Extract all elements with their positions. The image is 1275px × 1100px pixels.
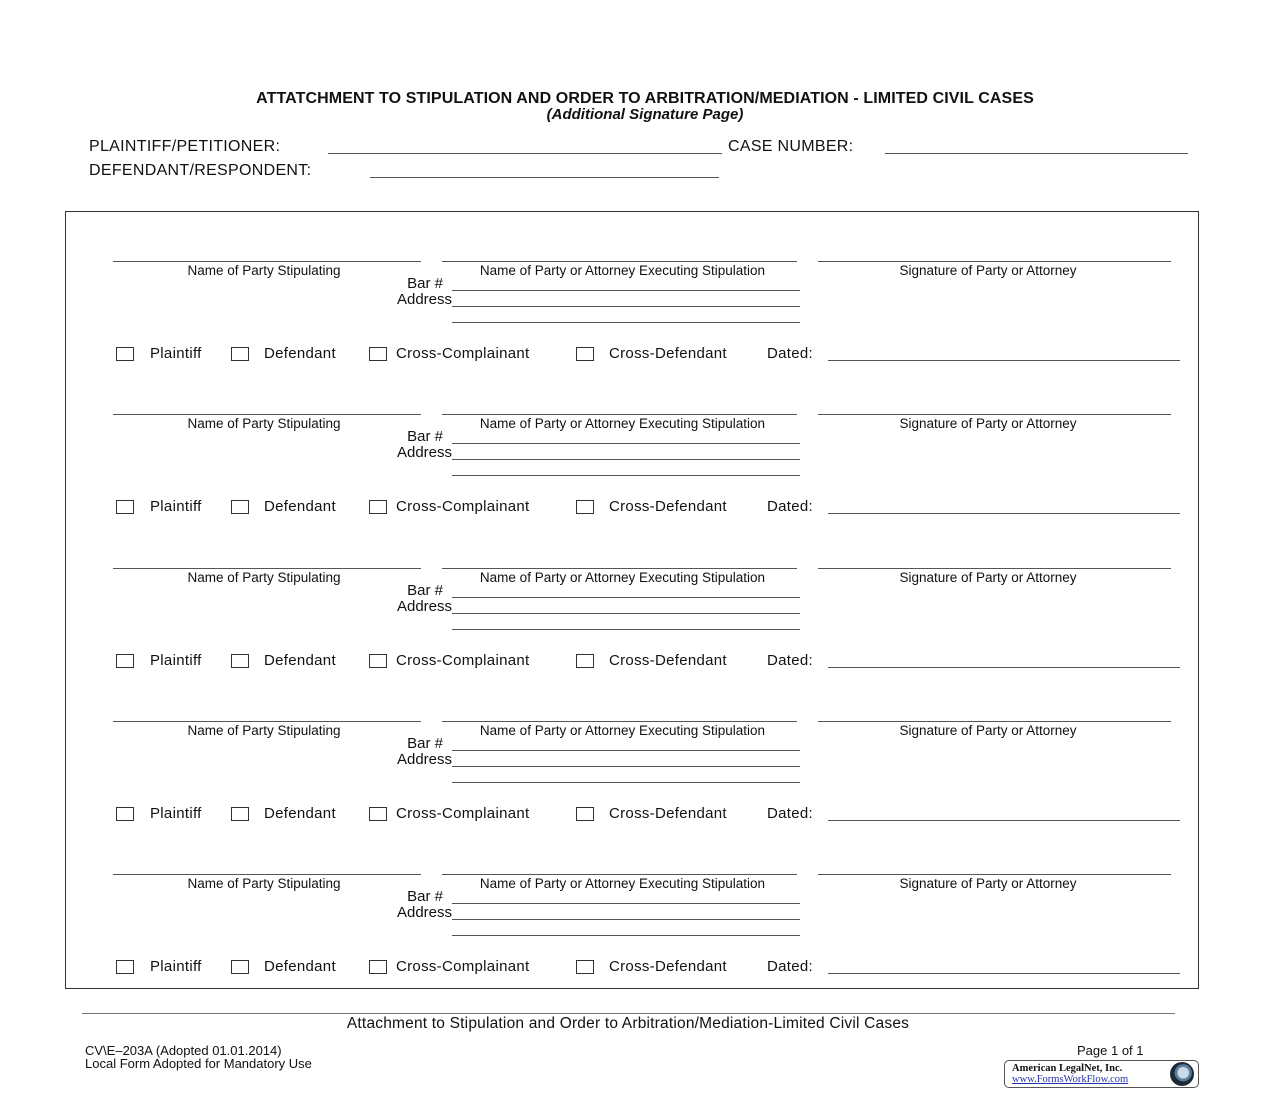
address-line2-field[interactable]: [452, 935, 800, 936]
attorney-name-field[interactable]: [442, 261, 797, 262]
bar-number-field[interactable]: [452, 290, 800, 291]
bar-number-field[interactable]: [452, 903, 800, 904]
address-line2-field[interactable]: [452, 629, 800, 630]
cross-complainant-label: Cross-Complainant: [396, 498, 529, 515]
cross-complainant-label: Cross-Complainant: [396, 958, 529, 975]
signature-block: Name of Party Stipulating Name of Party …: [0, 261, 1275, 411]
attorney-caption: Name of Party or Attorney Executing Stip…: [440, 416, 805, 431]
bar-label: Bar #: [340, 428, 443, 445]
address-line1-field[interactable]: [452, 306, 800, 307]
signature-caption: Signature of Party or Attorney: [818, 416, 1158, 431]
defendant-label: DEFENDANT/RESPONDENT:: [89, 162, 311, 180]
bar-label: Bar #: [340, 582, 443, 599]
address-line2-field[interactable]: [452, 782, 800, 783]
cross-defendant-label: Cross-Defendant: [609, 958, 727, 975]
plaintiff-checkbox[interactable]: [116, 960, 134, 974]
address-line1-field[interactable]: [452, 919, 800, 920]
logo-link[interactable]: www.FormsWorkFlow.com: [1012, 1074, 1128, 1085]
dated-label: Dated:: [767, 652, 813, 669]
case-number-label: CASE NUMBER:: [728, 138, 853, 156]
signature-field[interactable]: [818, 414, 1171, 415]
party-stipulating-field[interactable]: [113, 414, 421, 415]
plaintiff-label: PLAINTIFF/PETITIONER:: [89, 138, 280, 156]
cross-defendant-label: Cross-Defendant: [609, 345, 727, 362]
dated-field[interactable]: [828, 667, 1180, 668]
address-label: Address: [340, 904, 452, 921]
dated-label: Dated:: [767, 498, 813, 515]
bar-label: Bar #: [340, 735, 443, 752]
defendant-field[interactable]: [370, 177, 719, 178]
plaintiff-label: Plaintiff: [150, 805, 202, 822]
party-stipulating-field[interactable]: [113, 261, 421, 262]
bar-label: Bar #: [340, 275, 443, 292]
plaintiff-checkbox[interactable]: [116, 500, 134, 514]
dated-field[interactable]: [828, 360, 1180, 361]
defendant-label: Defendant: [264, 805, 336, 822]
defendant-checkbox[interactable]: [231, 654, 249, 668]
plaintiff-label: Plaintiff: [150, 652, 202, 669]
cross-defendant-label: Cross-Defendant: [609, 805, 727, 822]
defendant-label: Defendant: [264, 498, 336, 515]
footer-title: Attachment to Stipulation and Order to A…: [0, 1015, 1256, 1033]
cross-complainant-checkbox[interactable]: [369, 807, 387, 821]
bar-number-field[interactable]: [452, 597, 800, 598]
address-line1-field[interactable]: [452, 613, 800, 614]
case-number-field[interactable]: [885, 153, 1188, 154]
page-number: Page 1 of 1: [1077, 1043, 1144, 1058]
cross-defendant-checkbox[interactable]: [576, 500, 594, 514]
form-subtitle: (Additional Signature Page): [0, 106, 1275, 123]
attorney-name-field[interactable]: [442, 568, 797, 569]
defendant-checkbox[interactable]: [231, 960, 249, 974]
signature-field[interactable]: [818, 568, 1171, 569]
plaintiff-checkbox[interactable]: [116, 347, 134, 361]
defendant-label: Defendant: [264, 958, 336, 975]
plaintiff-label: Plaintiff: [150, 498, 202, 515]
attorney-name-field[interactable]: [442, 414, 797, 415]
signature-caption: Signature of Party or Attorney: [818, 876, 1158, 891]
signature-field[interactable]: [818, 721, 1171, 722]
plaintiff-field[interactable]: [328, 153, 722, 154]
cross-defendant-checkbox[interactable]: [576, 347, 594, 361]
dated-field[interactable]: [828, 973, 1180, 974]
dated-label: Dated:: [767, 805, 813, 822]
address-label: Address: [340, 751, 452, 768]
american-legalnet-logo[interactable]: American LegalNet, Inc. www.FormsWorkFlo…: [1004, 1060, 1199, 1088]
cross-defendant-label: Cross-Defendant: [609, 498, 727, 515]
attorney-caption: Name of Party or Attorney Executing Stip…: [440, 263, 805, 278]
dated-field[interactable]: [828, 820, 1180, 821]
bar-number-field[interactable]: [452, 443, 800, 444]
attorney-caption: Name of Party or Attorney Executing Stip…: [440, 876, 805, 891]
plaintiff-label: Plaintiff: [150, 958, 202, 975]
party-stipulating-field[interactable]: [113, 874, 421, 875]
signature-field[interactable]: [818, 261, 1171, 262]
dated-label: Dated:: [767, 958, 813, 975]
dated-field[interactable]: [828, 513, 1180, 514]
plaintiff-checkbox[interactable]: [116, 654, 134, 668]
cross-complainant-checkbox[interactable]: [369, 960, 387, 974]
defendant-checkbox[interactable]: [231, 807, 249, 821]
attorney-caption: Name of Party or Attorney Executing Stip…: [440, 570, 805, 585]
cross-defendant-checkbox[interactable]: [576, 654, 594, 668]
address-line1-field[interactable]: [452, 766, 800, 767]
form-note: Local Form Adopted for Mandatory Use: [85, 1056, 312, 1071]
bar-label: Bar #: [340, 888, 443, 905]
signature-block: Name of Party Stipulating Name of Party …: [0, 568, 1275, 718]
cross-defendant-label: Cross-Defendant: [609, 652, 727, 669]
cross-complainant-label: Cross-Complainant: [396, 345, 529, 362]
signature-field[interactable]: [818, 874, 1171, 875]
address-label: Address: [340, 598, 452, 615]
plaintiff-label: Plaintiff: [150, 345, 202, 362]
cross-defendant-checkbox[interactable]: [576, 807, 594, 821]
defendant-label: Defendant: [264, 652, 336, 669]
signature-block: Name of Party Stipulating Name of Party …: [0, 721, 1275, 871]
signature-caption: Signature of Party or Attorney: [818, 723, 1158, 738]
address-label: Address: [340, 291, 452, 308]
logo-company: American LegalNet, Inc.: [1012, 1063, 1122, 1074]
attorney-name-field[interactable]: [442, 874, 797, 875]
address-label: Address: [340, 444, 452, 461]
footer-divider: [82, 1013, 1175, 1014]
address-line1-field[interactable]: [452, 459, 800, 460]
defendant-checkbox[interactable]: [231, 500, 249, 514]
dated-label: Dated:: [767, 345, 813, 362]
cross-complainant-checkbox[interactable]: [369, 654, 387, 668]
cross-complainant-label: Cross-Complainant: [396, 652, 529, 669]
address-line2-field[interactable]: [452, 322, 800, 323]
signature-block: Name of Party Stipulating Name of Party …: [0, 874, 1275, 1024]
defendant-checkbox[interactable]: [231, 347, 249, 361]
cross-complainant-label: Cross-Complainant: [396, 805, 529, 822]
party-stipulating-field[interactable]: [113, 568, 421, 569]
globe-icon: [1170, 1062, 1194, 1086]
bar-number-field[interactable]: [452, 750, 800, 751]
signature-caption: Signature of Party or Attorney: [818, 570, 1158, 585]
cross-complainant-checkbox[interactable]: [369, 347, 387, 361]
signature-block: Name of Party Stipulating Name of Party …: [0, 414, 1275, 564]
defendant-label: Defendant: [264, 345, 336, 362]
plaintiff-checkbox[interactable]: [116, 807, 134, 821]
attorney-caption: Name of Party or Attorney Executing Stip…: [440, 723, 805, 738]
signature-caption: Signature of Party or Attorney: [818, 263, 1158, 278]
party-stipulating-field[interactable]: [113, 721, 421, 722]
attorney-name-field[interactable]: [442, 721, 797, 722]
address-line2-field[interactable]: [452, 475, 800, 476]
cross-complainant-checkbox[interactable]: [369, 500, 387, 514]
cross-defendant-checkbox[interactable]: [576, 960, 594, 974]
